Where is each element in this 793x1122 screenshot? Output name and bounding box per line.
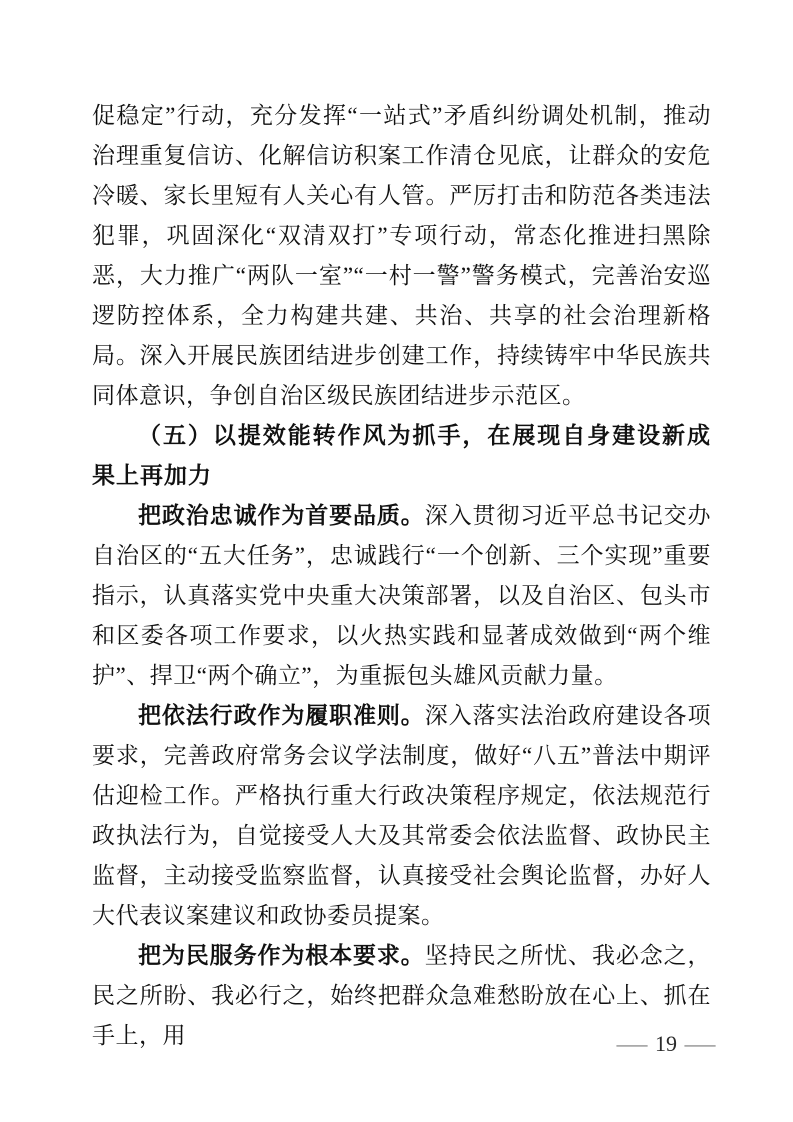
document-page: 促稳定”行动，充分发挥“一站式”矛盾纠纷调处机制，推动治理重复信访、化解信访积案…: [0, 0, 793, 1122]
paragraph-lead-in: 把政治忠诚作为首要品质。: [138, 503, 425, 528]
page-number: 19: [655, 1030, 677, 1058]
paragraph-text: 深入落实法治政府建设各项要求，完善政府常务会议学法制度，做好“八五”普法中期评估…: [92, 703, 711, 928]
paragraph-lead-in: 把为民服务作为根本要求。: [138, 943, 425, 968]
paragraph-lead-in: 把依法行政作为履职准则。: [138, 703, 425, 728]
document-body: 促稳定”行动，充分发挥“一站式”矛盾纠纷调处机制，推动治理重复信访、化解信访积案…: [92, 96, 711, 1056]
paragraph-political-loyalty: 把政治忠诚作为首要品质。深入贯彻习近平总书记交办自治区的“五大任务”，忠诚践行“…: [92, 496, 711, 696]
section-heading: （五）以提效能转作风为抓手，在展现自身建设新成果上再加力: [92, 416, 711, 496]
paragraph-text: 促稳定”行动，充分发挥“一站式”矛盾纠纷调处机制，推动治理重复信访、化解信访积案…: [92, 103, 711, 408]
paragraph-text: 深入贯彻习近平总书记交办自治区的“五大任务”，忠诚践行“一个创新、三个实现”重要…: [92, 503, 711, 688]
paragraph-continuation: 促稳定”行动，充分发挥“一站式”矛盾纠纷调处机制，推动治理重复信访、化解信访积案…: [92, 96, 711, 416]
paragraph-lawful-administration: 把依法行政作为履职准则。深入落实法治政府建设各项要求，完善政府常务会议学法制度，…: [92, 696, 711, 936]
page-footer: — 19 —: [621, 1030, 711, 1058]
footer-dash-right: —: [685, 1030, 716, 1058]
footer-dash-left: —: [617, 1030, 648, 1058]
section-heading-text: （五）以提效能转作风为抓手，在展现自身建设新成果上再加力: [92, 423, 711, 488]
